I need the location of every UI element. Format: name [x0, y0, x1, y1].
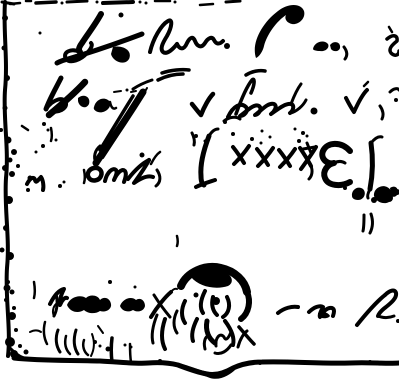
margin-speckles-left [8, 122, 85, 192]
handwriting-line-3 [88, 117, 399, 203]
margin-marks-right [343, 186, 398, 233]
border-bottom-edge [14, 331, 399, 379]
handwriting-line-1 [39, 5, 399, 75]
scan-canvas [0, 0, 399, 381]
border-left-edge [0, 2, 24, 358]
margin-speckles-bottom [4, 280, 133, 362]
border-top-edge [10, 1, 240, 6]
handwritten-note-scan: Scanned fragment of a handwritten note, … [0, 0, 399, 381]
